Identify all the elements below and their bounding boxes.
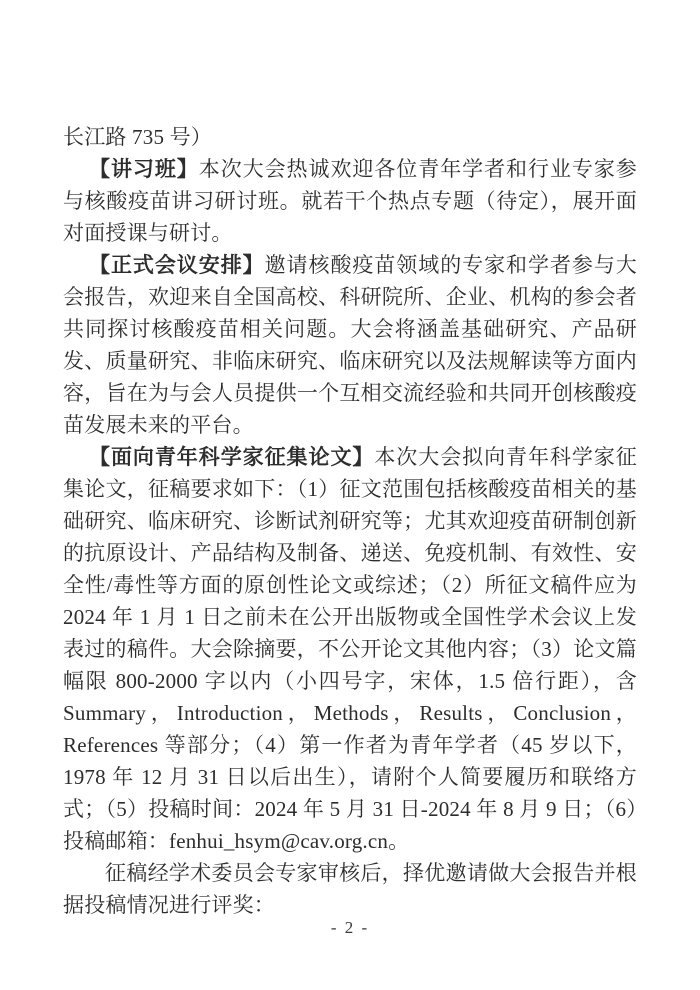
paragraph-call-for-papers: 【面向青年科学家征集论文】本次大会拟向青年科学家征集论文，征稿要求如下：（1）征… [63, 441, 637, 857]
paragraph-lead-formal-agenda: 【正式会议安排】 [89, 253, 265, 277]
paragraph-text: 本次大会拟向青年科学家征集论文，征稿要求如下：（1）征文范围包括核酸疫苗相关的基… [63, 445, 637, 853]
paragraph-review-awards: 征稿经学术委员会专家审核后，择优邀请做大会报告并根据投稿情况进行评奖： [63, 857, 637, 921]
document-page: 长江路 735 号） 【讲习班】本次大会热诚欢迎各位青年学者和行业专家参与核酸疫… [0, 0, 700, 990]
paragraph-address-continuation: 长江路 735 号） [63, 121, 637, 153]
paragraph-text: 长江路 735 号） [63, 125, 212, 149]
page-number: - 2 - [0, 917, 700, 939]
document-body: 长江路 735 号） 【讲习班】本次大会热诚欢迎各位青年学者和行业专家参与核酸疫… [63, 121, 637, 921]
paragraph-text: 征稿经学术委员会专家审核后，择优邀请做大会报告并根据投稿情况进行评奖： [63, 861, 637, 917]
paragraph-formal-agenda: 【正式会议安排】邀请核酸疫苗领域的专家和学者参与大会报告，欢迎来自全国高校、科研… [63, 249, 637, 441]
paragraph-lead-call-for-papers: 【面向青年科学家征集论文】 [89, 445, 374, 469]
paragraph-workshop: 【讲习班】本次大会热诚欢迎各位青年学者和行业专家参与核酸疫苗讲习研讨班。就若干个… [63, 153, 637, 249]
paragraph-lead-workshop: 【讲习班】 [89, 157, 199, 181]
paragraph-text: 邀请核酸疫苗领域的专家和学者参与大会报告，欢迎来自全国高校、科研院所、企业、机构… [63, 253, 637, 437]
